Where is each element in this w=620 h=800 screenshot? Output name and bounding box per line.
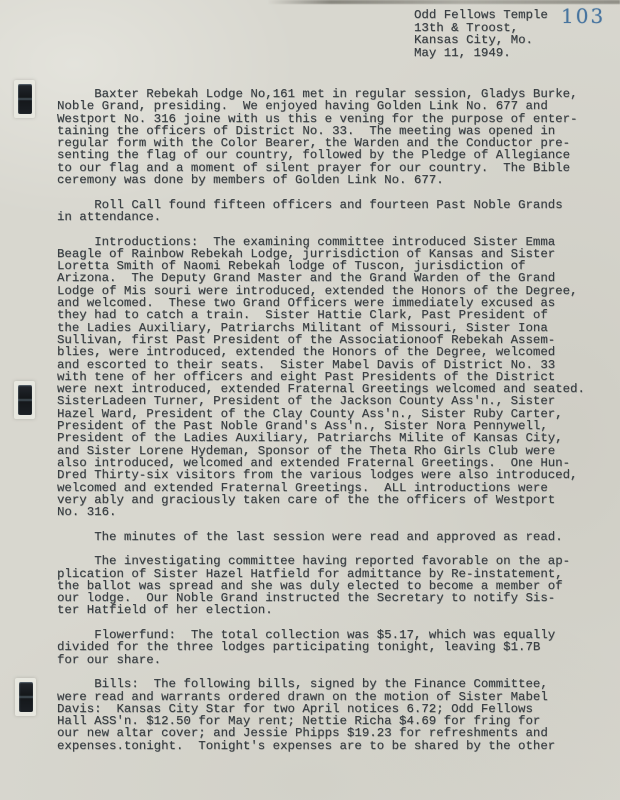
binding-mark-bar bbox=[19, 682, 33, 712]
paragraph-minutes-approved: The minutes of the last session were rea… bbox=[57, 531, 605, 543]
paragraph-bills: Bills: The following bills, signed by th… bbox=[57, 678, 605, 752]
paragraph-opening: Baxter Rebekah Lodge No,161 met in regul… bbox=[57, 88, 605, 186]
scanned-minutes-page: 103 Odd Fellows Temple13th & Troost,Kans… bbox=[0, 0, 620, 800]
letterhead-date: May 11, 1949. bbox=[414, 46, 511, 60]
letterhead: Odd Fellows Temple13th & Troost,Kansas C… bbox=[414, 9, 548, 60]
minutes-body: Baxter Rebekah Lodge No,161 met in regul… bbox=[57, 88, 605, 764]
paragraph-introductions: Introductions: The examining committee i… bbox=[57, 236, 605, 519]
binding-mark-bar bbox=[18, 84, 32, 114]
binding-mark-bar bbox=[18, 385, 32, 415]
page-number-stamp: 103 bbox=[561, 5, 605, 27]
paragraph-roll-call: Roll Call found fifteen officers and fou… bbox=[57, 199, 605, 224]
binding-mark-top bbox=[14, 80, 35, 118]
binding-mark-bottom bbox=[15, 678, 36, 716]
binding-mark-middle bbox=[14, 381, 35, 419]
paragraph-investigating-committee: The investigating committee having repor… bbox=[57, 555, 605, 616]
paragraph-flowerfund: Flowerfund: The total collection was $5.… bbox=[57, 629, 605, 666]
